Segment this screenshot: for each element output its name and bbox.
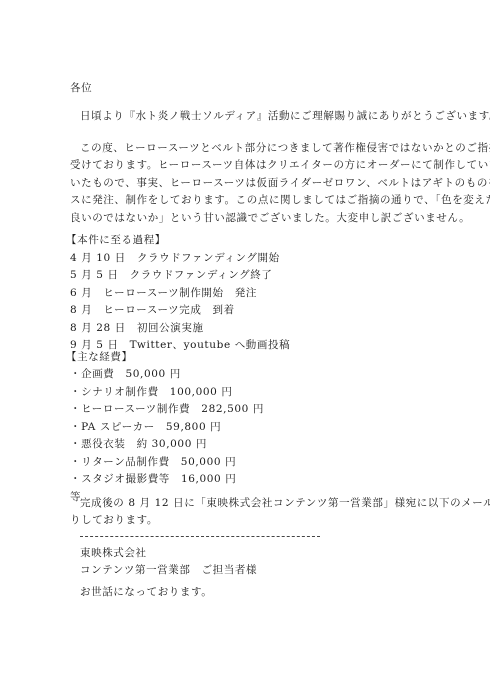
expense-item: ・ヒーロースーツ制作費 282,500 円 — [70, 402, 264, 416]
timeline-item: 6 月 ヒーロースーツ制作開始 発注 — [70, 286, 257, 300]
timeline-heading: 【本件に至る過程】 — [66, 233, 166, 247]
expenses-heading: 【主な経費】 — [66, 350, 133, 364]
timeline-item: 8 月 28 日 初回公演実施 — [70, 321, 204, 335]
paragraph-line: 良いのではないか」という甘い認識でございました。大変申し訳ございません。 — [70, 211, 470, 225]
expense-item: ・企画費 50,000 円 — [70, 367, 181, 381]
paragraph-line: この度、ヒーロースーツとベルト部分につきまして著作権侵害ではないかとのご指摘を — [80, 141, 490, 155]
document-page: 各位 日頃より『水ト炎ノ戦士ソルディア』活動にご理解賜り誠にありがとうございます… — [0, 0, 490, 693]
mail-company: 東映株式会社 — [80, 546, 147, 560]
dashed-separator — [80, 536, 320, 537]
expense-item: ・悪役衣装 約 30,000 円 — [70, 437, 207, 451]
paragraph-line: いたもので、事実、ヒーロースーツは仮面ライダーゼロワン、ベルトはアギトのものをベ… — [70, 176, 490, 190]
expense-item: ・リターン品制作費 50,000 円 — [70, 455, 236, 469]
greeting-line: 日頃より『水ト炎ノ戦士ソルディア』活動にご理解賜り誠にありがとうございます。 — [80, 109, 490, 123]
salutation: 各位 — [70, 81, 92, 95]
paragraph-line: 受けております。ヒーロースーツ自体はクリエイターの方にオーダーにて制作していただ — [70, 158, 490, 172]
expense-item: ・スタジオ撮影費等 16,000 円 — [70, 472, 236, 486]
timeline-item: 5 月 5 日 クラウドファンディング終了 — [70, 268, 272, 282]
timeline-item: 8 月 ヒーロースーツ完成 到着 — [70, 303, 235, 317]
mail-intro-line: 完成後の 8 月 12 日に「東映株式会社コンテンツ第一営業部」様宛に以下のメー… — [80, 496, 490, 510]
expense-item: ・シナリオ制作費 100,000 円 — [70, 385, 232, 399]
timeline-item: 4 月 10 日 クラウドファンディング開始 — [70, 251, 280, 265]
mail-department: コンテンツ第一営業部 ご担当者様 — [80, 563, 257, 577]
paragraph-line: スに発注、制作をしております。この点に関しましてはご指摘の通りで、「色を変えたか… — [70, 193, 490, 207]
mail-opening: お世話になっております。 — [80, 585, 212, 599]
expense-item: ・PA スピーカー 59,800 円 — [70, 420, 221, 434]
mail-intro-line: りしております。 — [70, 513, 158, 527]
